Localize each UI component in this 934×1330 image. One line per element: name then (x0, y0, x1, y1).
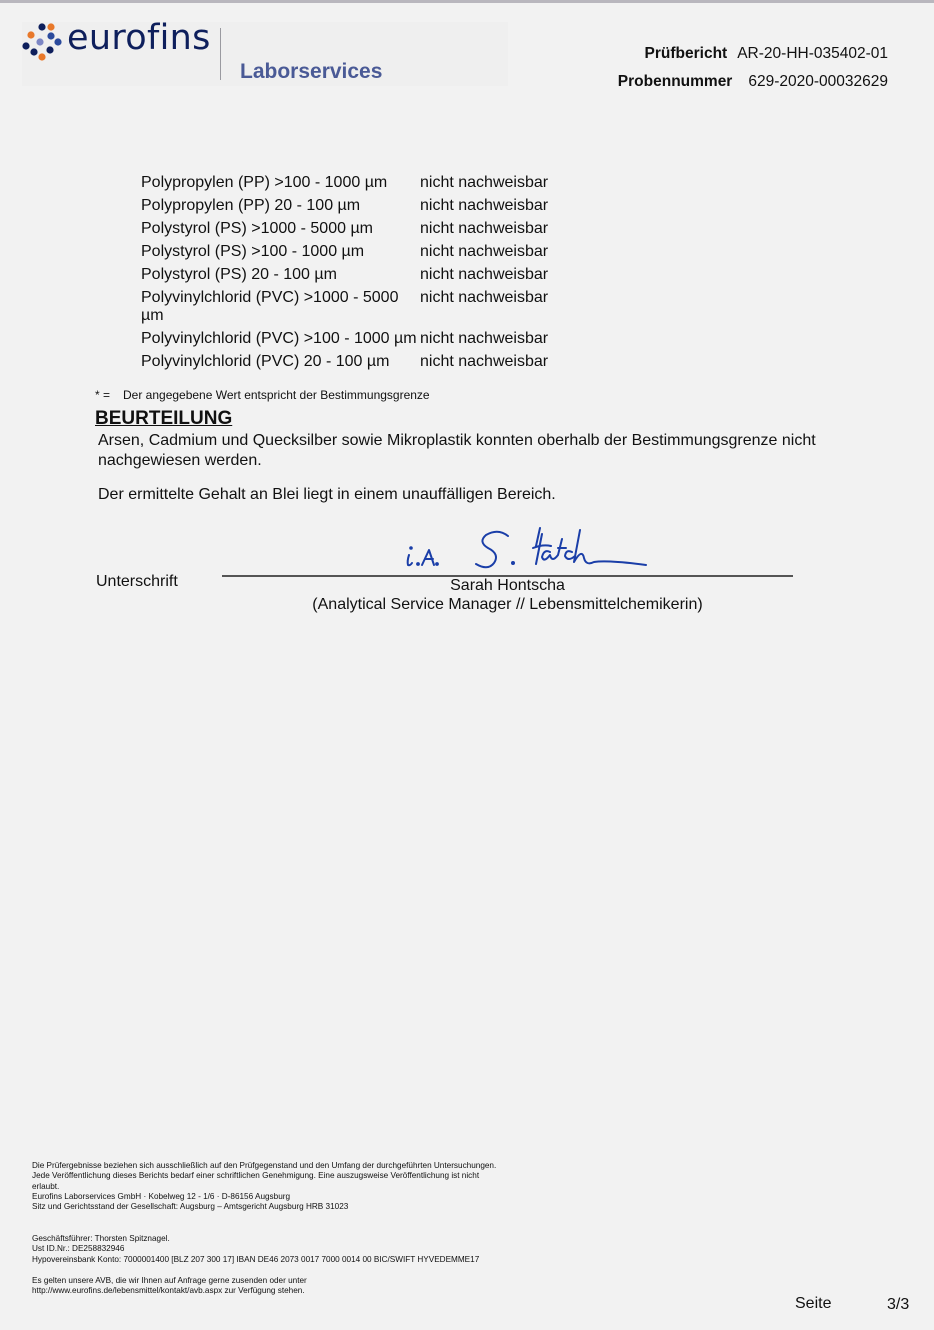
result-row: Polyvinylchlorid (PVC) >1000 - 5000 µmni… (141, 289, 548, 325)
sample-number-label: Probennummer (618, 73, 733, 91)
assessment-paragraph: Der ermittelte Gehalt an Blei liegt in e… (98, 486, 556, 504)
result-parameter: Polystyrol (PS) 20 - 100 µm (141, 266, 420, 284)
result-parameter: Polystyrol (PS) >1000 - 5000 µm (141, 220, 420, 238)
report-meta: Prüfbericht AR-20-HH-035402-01 Probennum… (618, 40, 888, 96)
result-parameter: Polyvinylchlorid (PVC) >100 - 1000 µm (141, 330, 420, 348)
eurofins-dots-logo-icon (22, 22, 62, 62)
result-value: nicht nachweisbar (420, 197, 548, 215)
assessment-heading: BEURTEILUNG (95, 408, 232, 430)
legal-line: Eurofins Laborservices GmbH · Kobelweg 1… (32, 1192, 552, 1202)
result-row: Polyvinylchlorid (PVC) 20 - 100 µmnicht … (141, 353, 548, 371)
legal-line: Geschäftsführer: Thorsten Spitznagel. (32, 1234, 552, 1244)
result-parameter: Polypropylen (PP) >100 - 1000 µm (141, 174, 420, 192)
result-value: nicht nachweisbar (420, 174, 548, 192)
handwritten-signature (400, 522, 650, 574)
result-value: nicht nachweisbar (420, 266, 548, 284)
signatory-name: Sarah Hontscha (222, 577, 793, 595)
legal-line: Jede Veröffentlichung dieses Berichts be… (32, 1171, 552, 1181)
legal-notice: Die Prüfergebnisse beziehen sich ausschl… (32, 1161, 552, 1212)
result-row: Polypropylen (PP) >100 - 1000 µmnicht na… (141, 174, 548, 192)
page-label: Seite (795, 1295, 831, 1313)
result-value: nicht nachweisbar (420, 289, 548, 325)
result-row: Polystyrol (PS) 20 - 100 µmnicht nachwei… (141, 266, 548, 284)
sample-number-row: Probennummer 629-2020-00032629 (618, 68, 888, 96)
assessment-paragraph: Arsen, Cadmium und Quecksilber sowie Mik… (98, 431, 838, 471)
signatory-role: (Analytical Service Manager // Lebensmit… (222, 596, 793, 614)
footnote-text: Der angegebene Wert entspricht der Besti… (123, 388, 430, 402)
terms-notice: Es gelten unsere AVB, die wir Ihnen auf … (32, 1276, 552, 1297)
result-value: nicht nachweisbar (420, 330, 548, 348)
legal-line: Die Prüfergebnisse beziehen sich ausschl… (32, 1161, 552, 1171)
result-row: Polyvinylchlorid (PVC) >100 - 1000 µmnic… (141, 330, 548, 348)
footnote-marker: * = (95, 388, 123, 402)
legal-line: Es gelten unsere AVB, die wir Ihnen auf … (32, 1276, 552, 1286)
legal-line: Hypovereinsbank Konto: 7000001400 [BLZ 2… (32, 1255, 552, 1265)
result-row: Polystyrol (PS) >100 - 1000 µmnicht nach… (141, 243, 548, 261)
footnote: * =Der angegebene Wert entspricht der Be… (95, 388, 430, 402)
result-value: nicht nachweisbar (420, 220, 548, 238)
sample-number-value: 629-2020-00032629 (748, 73, 888, 91)
result-parameter: Polystyrol (PS) >100 - 1000 µm (141, 243, 420, 261)
result-value: nicht nachweisbar (420, 243, 548, 261)
logo-divider (220, 28, 221, 80)
report-number-value: AR-20-HH-035402-01 (737, 45, 888, 63)
results-table: Polypropylen (PP) >100 - 1000 µmnicht na… (141, 174, 548, 376)
brand-name: eurofins (67, 18, 211, 58)
legal-line: Sitz und Gerichtsstand der Gesellschaft:… (32, 1202, 552, 1212)
result-parameter: Polyvinylchlorid (PVC) 20 - 100 µm (141, 353, 420, 371)
page-number: 3/3 (887, 1296, 909, 1314)
result-parameter: Polyvinylchlorid (PVC) >1000 - 5000 µm (141, 289, 420, 325)
report-number-row: Prüfbericht AR-20-HH-035402-01 (618, 40, 888, 68)
company-logo: eurofins Laborservices (22, 22, 508, 86)
division-name: Laborservices (240, 60, 382, 84)
company-registration-info: Geschäftsführer: Thorsten Spitznagel.Ust… (32, 1234, 552, 1265)
result-row: Polystyrol (PS) >1000 - 5000 µmnicht nac… (141, 220, 548, 238)
report-number-label: Prüfbericht (645, 45, 728, 63)
legal-line: erlaubt. (32, 1182, 552, 1192)
signature-label: Unterschrift (96, 573, 178, 591)
result-row: Polypropylen (PP) 20 - 100 µmnicht nachw… (141, 197, 548, 215)
result-value: nicht nachweisbar (420, 353, 548, 371)
legal-line: http://www.eurofins.de/lebensmittel/kont… (32, 1286, 552, 1296)
window-top-border (0, 0, 934, 3)
result-parameter: Polypropylen (PP) 20 - 100 µm (141, 197, 420, 215)
legal-line: Ust ID.Nr.: DE258832946 (32, 1244, 552, 1254)
